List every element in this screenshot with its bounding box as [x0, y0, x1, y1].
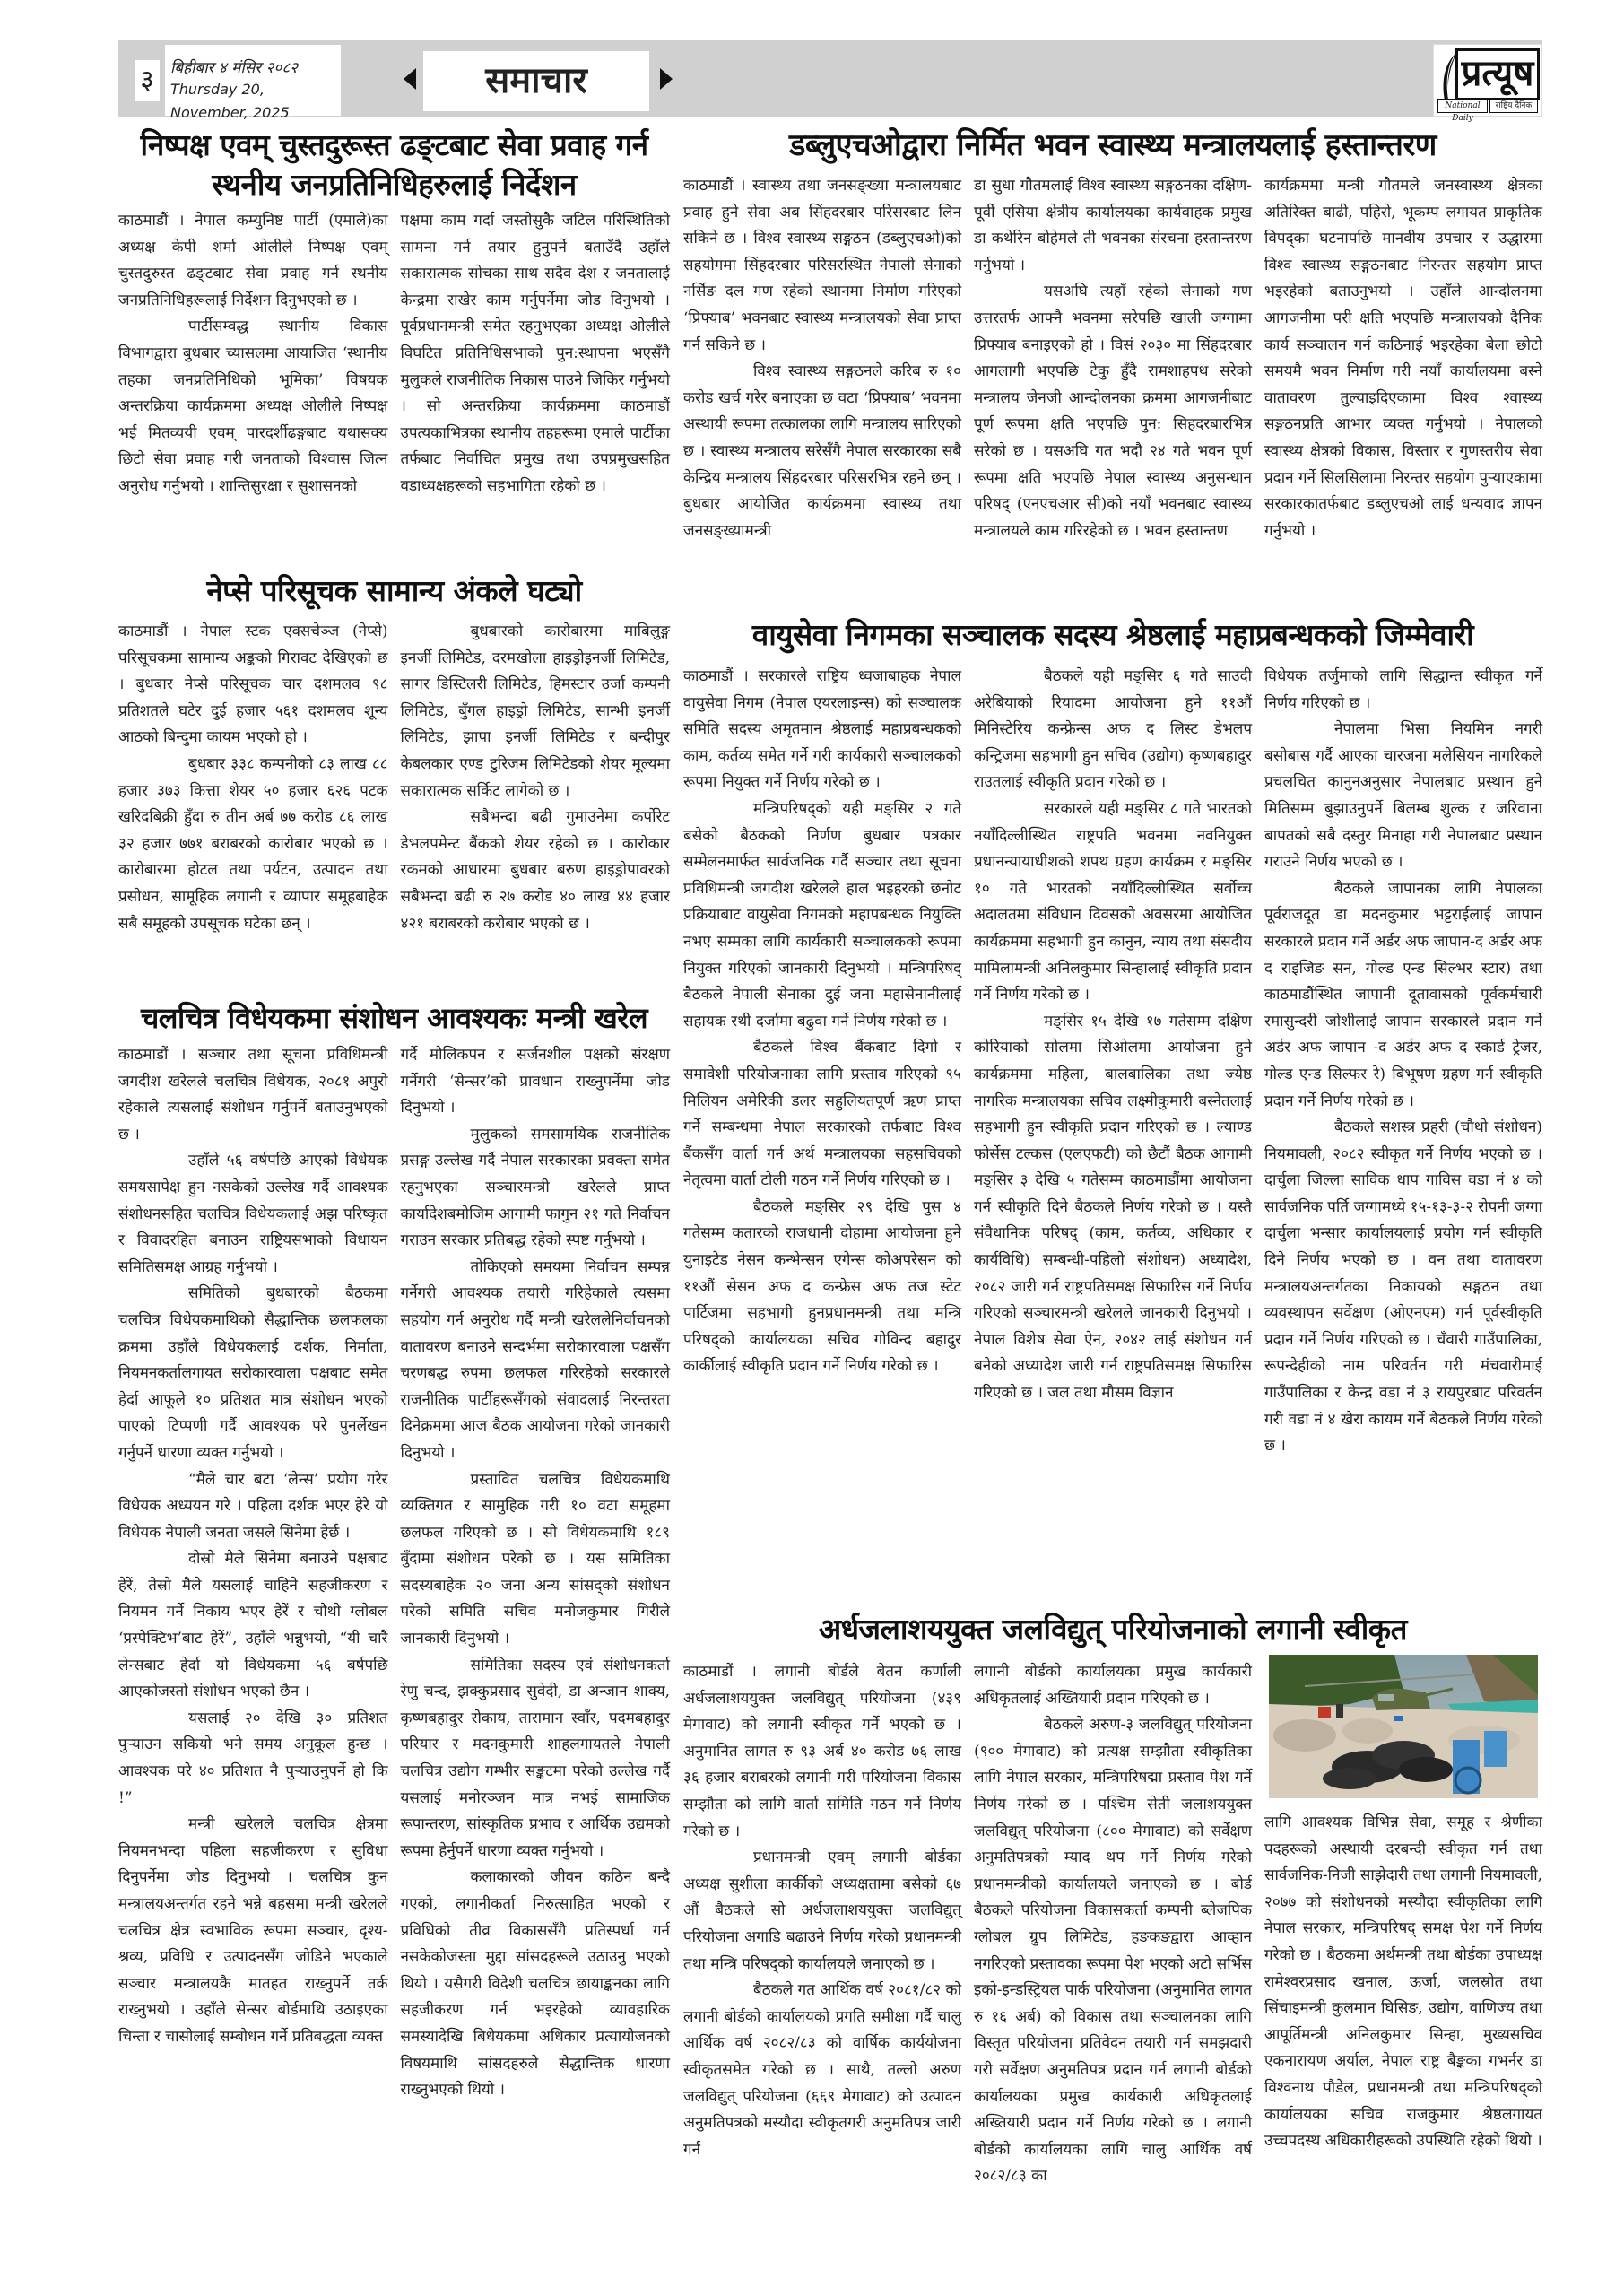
- news-photo-helicopter: [1269, 1655, 1538, 1798]
- paragraph: कलाकारको जीवन कठिन बन्दै गएको, लगानीकर्त…: [401, 1865, 671, 2103]
- paragraph: बैठकले यही मङ्सिर ६ गते साउदी अरेबियाको …: [974, 664, 1252, 796]
- column-1: काठमाडौं । नेपाल कम्युनिष्ट पार्टी (एमाल…: [118, 208, 388, 563]
- column-2: गर्दै मौलिकपन र सर्जनशील पक्षको संरक्षण …: [401, 1042, 671, 2271]
- helicopter-photo-illustration: [1269, 1655, 1538, 1798]
- paragraph: लगानी बोर्डको कार्यालयका प्रमुख कार्यकार…: [974, 1659, 1252, 1712]
- column-2: लगानी बोर्डको कार्यालयका प्रमुख कार्यकार…: [974, 1659, 1252, 2271]
- paragraph: उहाँले ५६ वर्षपछि आएको विधेयक समयसापेक्ष…: [118, 1148, 388, 1281]
- column-1: काठमाडौं । लगानी बोर्डले बेतन कर्णाली अर…: [683, 1659, 961, 2271]
- paragraph: बुधबार ३३८ कम्पनीको ८३ लाख ८८ हजार ३७३ क…: [118, 752, 388, 937]
- paragraph: काठमाडौं । स्वास्थ्य तथा जनसङ्ख्या मन्त्…: [683, 173, 961, 359]
- section-nav: समाचार: [404, 51, 673, 111]
- article-body: काठमाडौं । स्वास्थ्य तथा जनसङ्ख्या मन्त्…: [683, 173, 1542, 604]
- paragraph: बैठकले मङ्सिर २९ देखि पुस ४ गतेसम्म कतार…: [683, 1195, 961, 1380]
- dateline: बिहीबार ४ मंसिर २०८२ Thursday 20, Novemb…: [165, 45, 341, 116]
- paragraph: मन्त्री खरेलले चलचित्र क्षेत्रमा नियमनभन…: [118, 1812, 388, 2050]
- paragraph: यसअघि त्यहाँ रहेको सेनाको गण उत्तरतर्फ आ…: [974, 279, 1252, 544]
- column-3: कार्यक्रममा मन्त्री गौतमले जनस्वास्थ्य क…: [1264, 173, 1542, 604]
- headline: वायुसेवा निगमका सञ्चालक सदस्य श्रेष्ठलाई…: [683, 613, 1542, 657]
- arrow-right-icon: [660, 68, 673, 90]
- date-english: Thursday 20, November, 2025: [170, 78, 341, 125]
- paragraph: डा सुधा गौतमलाई विश्व स्वास्थ्य सङ्गठनका…: [974, 173, 1252, 279]
- date-nepali: बिहीबार ४ मंसिर २०८२: [170, 58, 341, 78]
- column-2: बुधबारको कारोबारमा माबिलुङ्ग इनर्जी लिमि…: [401, 619, 671, 996]
- logo-title: प्रत्यूष: [1455, 48, 1540, 100]
- paragraph: मन्त्रिपरिषद्को यही मङ्सिर २ गते बसेको ब…: [683, 796, 961, 1035]
- arrow-left-icon: [404, 68, 416, 90]
- paragraph: सरकारले यही मङ्सिर ८ गते भारतको नयाँदिल्…: [974, 796, 1252, 1009]
- paragraph: दोस्रो मैले सिनेमा बनाउने पक्षबाट हेरें,…: [118, 1546, 388, 1706]
- logo-subtitle-english: National Daily: [1437, 99, 1488, 113]
- newspaper-logo: प्रत्यूष National Daily राष्ट्रिय दैनिक: [1433, 44, 1542, 117]
- paragraph: बैठकले विश्व बैंकबाट दिगो र समावेशी परिय…: [683, 1035, 961, 1195]
- paragraph: समितिका सदस्य एवं संशोधनकर्ता रेणु चन्द,…: [401, 1653, 671, 1865]
- column-1: काठमाडौं । नेपाल स्टक एक्सचेञ्ज (नेप्से)…: [118, 619, 388, 996]
- paragraph: बैठकले अरुण-३ जलविद्युत् परियोजना (९०० म…: [974, 1712, 1252, 2190]
- paragraph: गर्दै मौलिकपन र सर्जनशील पक्षको संरक्षण …: [401, 1042, 671, 1122]
- headline-line-2: स्थनीय जनप्रतिनिधिहरुलाई निर्देशन: [118, 165, 670, 204]
- headline: अर्धजलाशययुक्त जलविद्युत् परियोजनाको लगा…: [683, 1608, 1542, 1651]
- paragraph: तोकिएको समयमा निर्वाचन सम्पन्न गर्नेगरी …: [401, 1255, 671, 1467]
- headline: निष्पक्ष एवम् चुस्तदुरूस्त ढङ्टबाट सेवा …: [118, 126, 670, 165]
- column-1: काठमाडौं । स्वास्थ्य तथा जनसङ्ख्या मन्त्…: [683, 173, 961, 604]
- article-body: काठमाडौं । नेपाल स्टक एक्सचेञ्ज (नेप्से)…: [118, 619, 670, 996]
- paragraph: नेपालमा भिसा नियमिन नगरी बसोबास गर्दै आए…: [1264, 717, 1542, 876]
- page-number: ३: [135, 60, 160, 101]
- headline: डब्लुएचओद्वारा निर्मित भवन स्वास्थ्य मन्…: [683, 124, 1542, 167]
- logo-subtitle-nepali: राष्ट्रिय दैनिक: [1489, 99, 1538, 113]
- paragraph: मुलुकको समसामयिक राजनीतिक प्रसङ्ग उल्लेख…: [401, 1122, 671, 1255]
- paragraph: काठमाडौं । नेपाल कम्युनिष्ट पार्टी (एमाल…: [118, 208, 388, 314]
- paragraph: काठमाडौं । सरकारले राष्ट्रिय ध्वजाबाहक न…: [683, 664, 961, 796]
- column-1: काठमाडौं । सरकारले राष्ट्रिय ध्वजाबाहक न…: [683, 664, 961, 1607]
- paragraph: कार्यक्रममा मन्त्री गौतमले जनस्वास्थ्य क…: [1264, 173, 1542, 544]
- column-2: बैठकले यही मङ्सिर ६ गते साउदी अरेबियाको …: [974, 664, 1252, 1607]
- article-body: काठमाडौं । सञ्चार तथा सूचना प्रविधिमन्त्…: [118, 1042, 670, 2271]
- paragraph: मङ्सिर १५ देखि १७ गतेसम्म दक्षिण कोरियाक…: [974, 1009, 1252, 1407]
- paragraph: प्रस्तावित चलचित्र विधेयकमाथि व्यक्तिगत …: [401, 1467, 671, 1653]
- paragraph: काठमाडौं । सञ्चार तथा सूचना प्रविधिमन्त्…: [118, 1042, 388, 1148]
- paragraph: विश्व स्वास्थ्य सङ्गठनले करिब रु १० करोड…: [683, 359, 961, 544]
- paragraph: काठमाडौं । नेपाल स्टक एक्सचेञ्ज (नेप्से)…: [118, 619, 388, 752]
- paragraph: “मैले चार बटा ‘लेन्स’ प्रयोग गरेर विधेयक…: [118, 1467, 388, 1547]
- paragraph: विधेयक तर्जुमाको लागि सिद्धान्त स्वीकृत …: [1264, 664, 1542, 717]
- paragraph: बैठकले गत आर्थिक वर्ष २०८१/८२ को लगानी ब…: [683, 1978, 961, 2163]
- paragraph: काठमाडौं । लगानी बोर्डले बेतन कर्णाली अर…: [683, 1659, 961, 1845]
- paragraph: पार्टीसम्वद्ध स्थानीय विकास विभागद्वारा …: [118, 314, 388, 500]
- paragraph: यसलाई २० देखि ३० प्रतिशत पुऱ्याउन सकियो …: [118, 1706, 388, 1812]
- headline: चलचित्र विधेयकमा संशोधन आवश्यकः मन्त्री …: [118, 997, 670, 1039]
- column-2: पक्षमा काम गर्दा जस्तोसुकै जटिल परिस्थित…: [401, 208, 671, 563]
- paragraph: समितिको बुधबारको बैठकमा चलचित्र विधेयकमा…: [118, 1281, 388, 1466]
- headline: नेप्से परिसूचक सामान्य अंकले घट्यो: [118, 570, 670, 612]
- section-label: समाचार: [423, 51, 649, 111]
- masthead-bar: ३ बिहीबार ४ मंसिर २०८२ Thursday 20, Nove…: [118, 40, 1542, 117]
- paragraph: सबैभन्दा बढी गुमाउनेमा कर्पोरेट डेभलपमेन…: [401, 804, 671, 937]
- paragraph: बैठकले जापानका लागि नेपालका पूर्वराजदूत …: [1264, 876, 1542, 1115]
- article-body: काठमाडौं । सरकारले राष्ट्रिय ध्वजाबाहक न…: [683, 664, 1542, 1607]
- paragraph: प्रधानमन्त्री एवम् लगानी बोर्डका अध्यक्ष…: [683, 1845, 961, 1978]
- paragraph: बैठकले सशस्त्र प्रहरी (चौथो संशोधन) नियम…: [1264, 1115, 1542, 1460]
- paragraph: बुधबारको कारोबारमा माबिलुङ्ग इनर्जी लिमि…: [401, 619, 671, 804]
- column-2: डा सुधा गौतमलाई विश्व स्वास्थ्य सङ्गठनका…: [974, 173, 1252, 604]
- paragraph: पक्षमा काम गर्दा जस्तोसुकै जटिल परिस्थित…: [401, 208, 671, 500]
- column-3: विधेयक तर्जुमाको लागि सिद्धान्त स्वीकृत …: [1264, 664, 1542, 1607]
- column-1: काठमाडौं । सञ्चार तथा सूचना प्रविधिमन्त्…: [118, 1042, 388, 2271]
- article-body: काठमाडौं । नेपाल कम्युनिष्ट पार्टी (एमाल…: [118, 208, 670, 563]
- paragraph: लागि आवश्यक विभिन्न सेवा, समूह र श्रेणीक…: [1264, 1810, 1542, 2155]
